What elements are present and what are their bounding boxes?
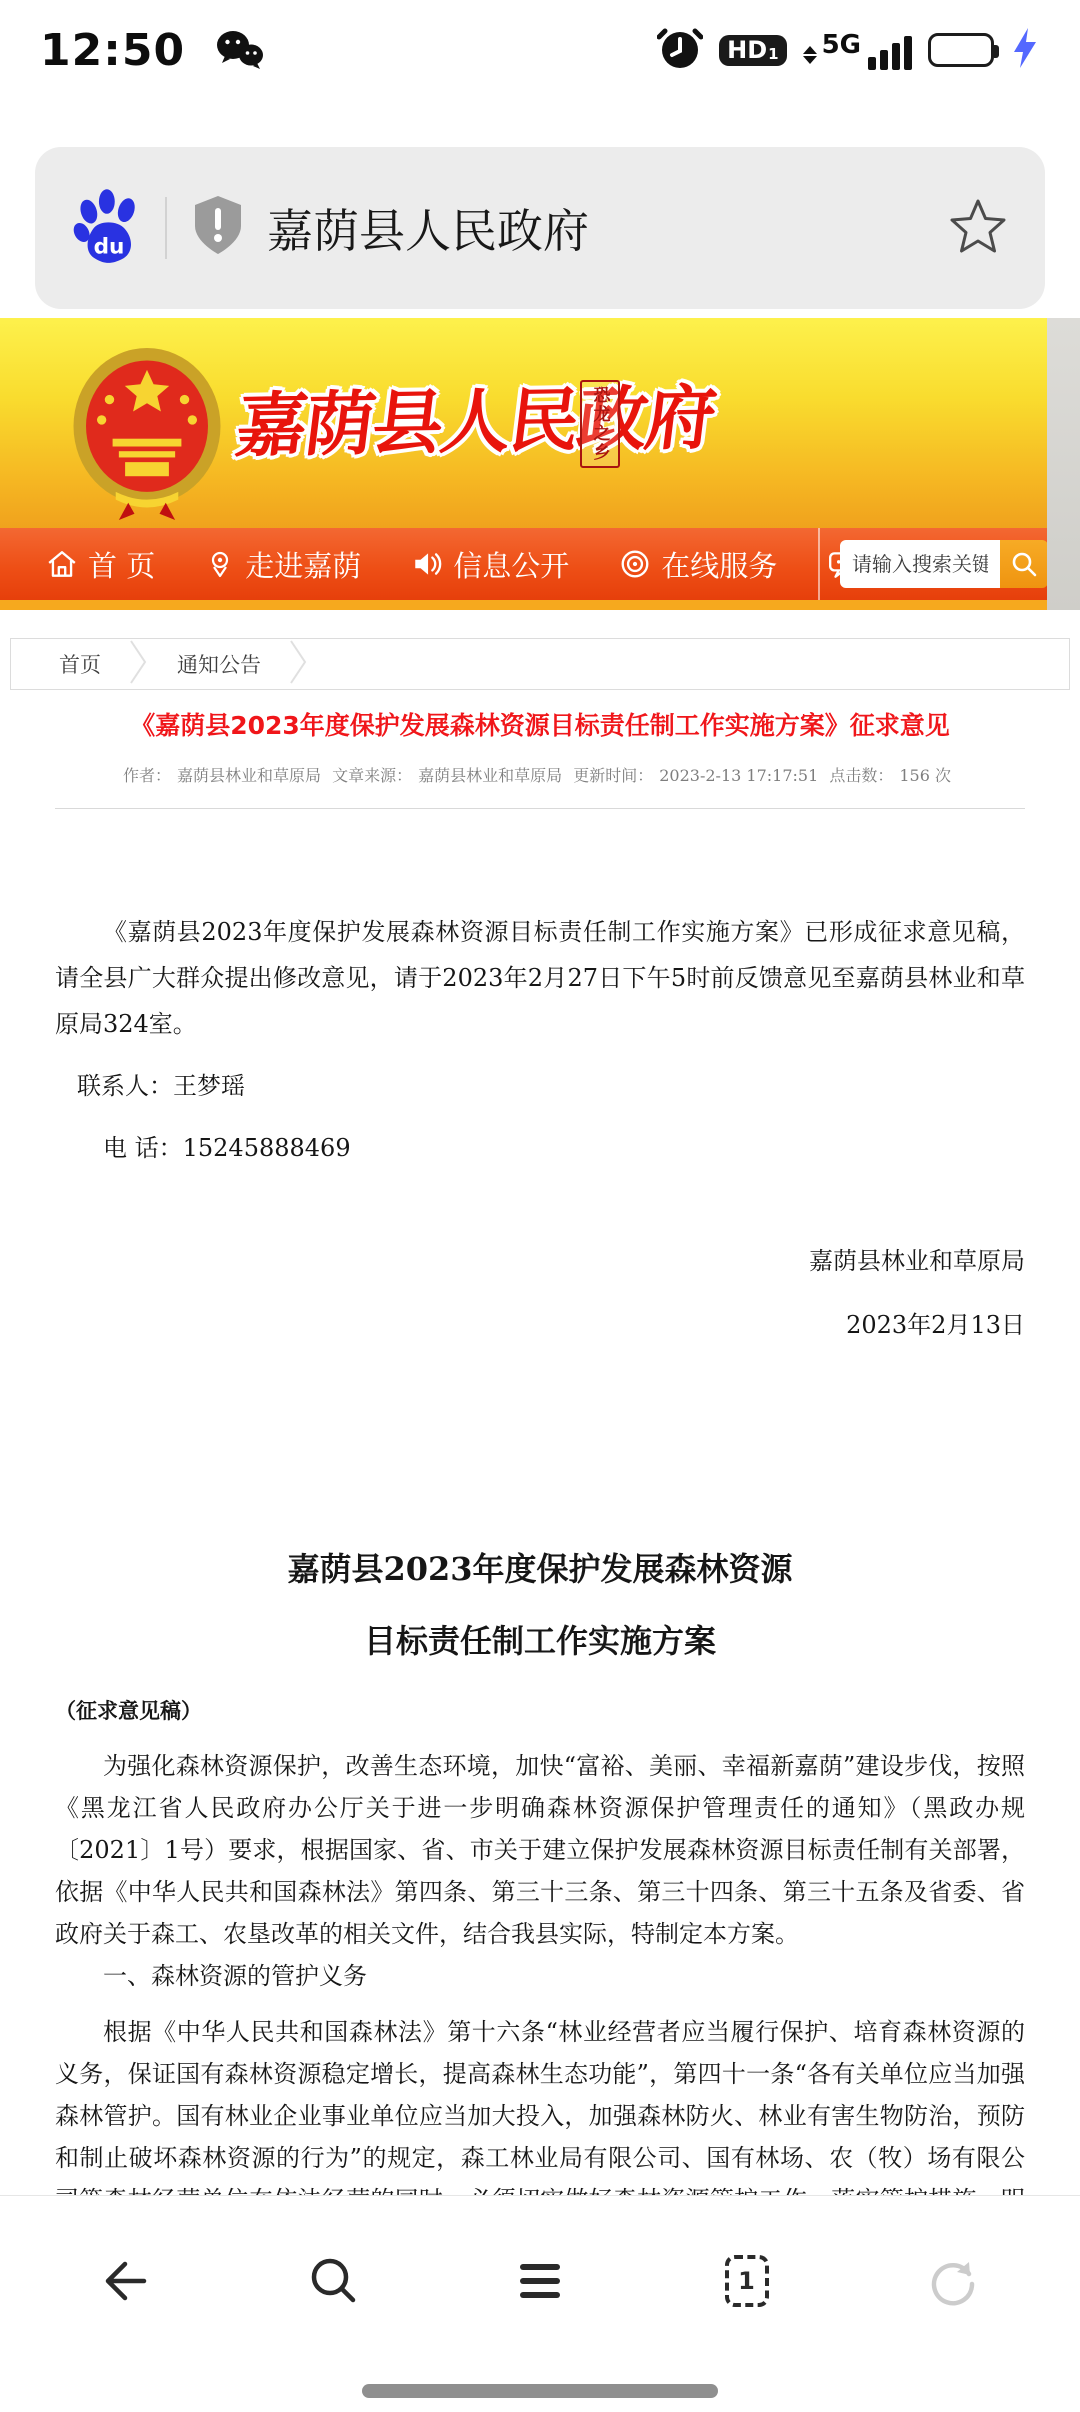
document-section-heading: 一、森林资源的管护义务 [55, 1955, 1025, 1997]
document-title-line1: 嘉荫县2023年度保护发展森林资源 [55, 1545, 1025, 1593]
speaker-icon [411, 548, 443, 580]
nav-item-info[interactable]: 信息公开 [411, 544, 569, 585]
home-indicator[interactable] [362, 2384, 718, 2398]
meta-source: 嘉荫县林业和草原局 [418, 766, 562, 785]
site-search-button[interactable] [1000, 540, 1048, 588]
webpage-viewport: 嘉荫县人民政府 恐龙之乡 首 页 走进嘉荫 信息公开 在线服务 [0, 318, 1080, 2195]
breadcrumb-section[interactable]: 通知公告 [177, 649, 261, 679]
charging-bolt-icon [1010, 26, 1040, 74]
alarm-icon [657, 25, 703, 75]
site-search [840, 540, 1048, 588]
chevron-right-icon [289, 639, 309, 689]
status-bar: 12:50 HD1 5G [0, 0, 1080, 100]
tabs-button[interactable]: 1 [715, 2249, 779, 2313]
document-paragraph: 为强化森林资源保护，改善生态环境，加快“富裕、美丽、幸福新嘉荫”建设步伐，按照《… [55, 1745, 1025, 1955]
meta-updated: 2023-2-13 17:17:51 [659, 766, 818, 785]
browser-toolbar: 1 [0, 2195, 1080, 2412]
back-button[interactable] [95, 2249, 159, 2313]
refresh-button[interactable] [921, 2249, 985, 2313]
meta-source-label: 文章来源： [332, 766, 412, 785]
magnifier-icon [305, 2252, 363, 2310]
article-title: 《嘉荫县2023年度保护发展森林资源目标责任制工作实施方案》征求意见 [55, 704, 1025, 748]
meta-hits: 156 次 [899, 766, 951, 785]
document-paragraph: 根据《中华人民共和国森林法》第十六条“林业经营者应当履行保护、培育森林资源的义务… [55, 2011, 1025, 2195]
notice-intro: 《嘉荫县2023年度保护发展森林资源目标责任制工作实施方案》已形成征求意见稿，请… [55, 909, 1025, 1047]
menu-button[interactable] [508, 2249, 572, 2313]
baidu-logo-icon: du [73, 187, 145, 269]
article: 《嘉荫县2023年度保护发展森林资源目标责任制工作实施方案》征求意见 作者：嘉荫… [0, 704, 1080, 2195]
meta-hits-label: 点击数： [829, 766, 893, 785]
meta-updated-label: 更新时间： [573, 766, 653, 785]
battery-icon [928, 33, 994, 67]
browser-address-bar[interactable]: du 嘉荫县人民政府 [35, 147, 1045, 309]
site-nav-bar: 首 页 走进嘉荫 信息公开 在线服务 互动交流 [0, 528, 1080, 600]
search-button[interactable] [302, 2249, 366, 2313]
document-title-line2: 目标责任制工作实施方案 [55, 1617, 1025, 1665]
page-edge-strip [1047, 318, 1080, 610]
breadcrumb: 首页 通知公告 [10, 638, 1070, 690]
signature-date: 2023年2月13日 [55, 1305, 1025, 1345]
nav-item-home[interactable]: 首 页 [46, 544, 155, 585]
hamburger-menu-icon [513, 2254, 567, 2308]
chevron-right-icon [129, 639, 149, 689]
signature-organization: 嘉荫县林业和草原局 [55, 1241, 1025, 1281]
hd-call-badge: HD1 [719, 35, 786, 66]
draft-note: （征求意见稿） [55, 1691, 1025, 1731]
clock-time: 12:50 [40, 25, 185, 76]
site-search-input[interactable] [840, 540, 1000, 588]
magnifier-icon [1010, 550, 1038, 578]
national-emblem-icon [68, 348, 226, 520]
breadcrumb-home[interactable]: 首页 [59, 649, 101, 679]
site-banner-title: 嘉荫县人民政府 [231, 362, 721, 471]
site-banner: 嘉荫县人民政府 恐龙之乡 [0, 318, 1080, 528]
nav-item-services[interactable]: 在线服务 [619, 544, 777, 585]
nav-item-about[interactable]: 走进嘉荫 [205, 544, 361, 585]
cellular-signal-icon: 5G [803, 30, 912, 70]
back-arrow-icon [98, 2252, 156, 2310]
divider [165, 197, 167, 259]
nav-accent-strip [0, 600, 1080, 610]
location-pin-icon [205, 548, 235, 580]
baidu-du-text: du [94, 234, 125, 259]
bookmark-star-icon[interactable] [949, 197, 1007, 259]
meta-author: 嘉荫县林业和草原局 [177, 766, 321, 785]
meta-author-label: 作者： [123, 766, 171, 785]
phone-screen: 12:50 HD1 5G [0, 0, 1080, 2412]
target-circles-icon [619, 548, 651, 580]
wechat-notification-icon [213, 27, 265, 73]
page-url-title[interactable]: 嘉荫县人民政府 [267, 195, 937, 261]
article-meta: 作者：嘉荫县林业和草原局 文章来源：嘉荫县林业和草原局 更新时间：2023-2-… [55, 764, 1025, 788]
security-shield-icon[interactable] [191, 194, 245, 262]
divider [818, 528, 820, 600]
contact-person: 联系人：王梦瑶 [55, 1063, 1025, 1109]
contact-phone: 电 话：15245888469 [55, 1125, 1025, 1171]
divider [55, 808, 1025, 809]
home-icon [46, 548, 78, 580]
tab-count-badge: 1 [725, 2255, 769, 2307]
notice-intro-paragraph: 《嘉荫县2023年度保护发展森林资源目标责任制工作实施方案》已形成征求意见稿，请… [55, 909, 1025, 1047]
dinosaur-home-seal: 恐龙之乡 [580, 380, 620, 468]
refresh-icon [924, 2252, 982, 2310]
